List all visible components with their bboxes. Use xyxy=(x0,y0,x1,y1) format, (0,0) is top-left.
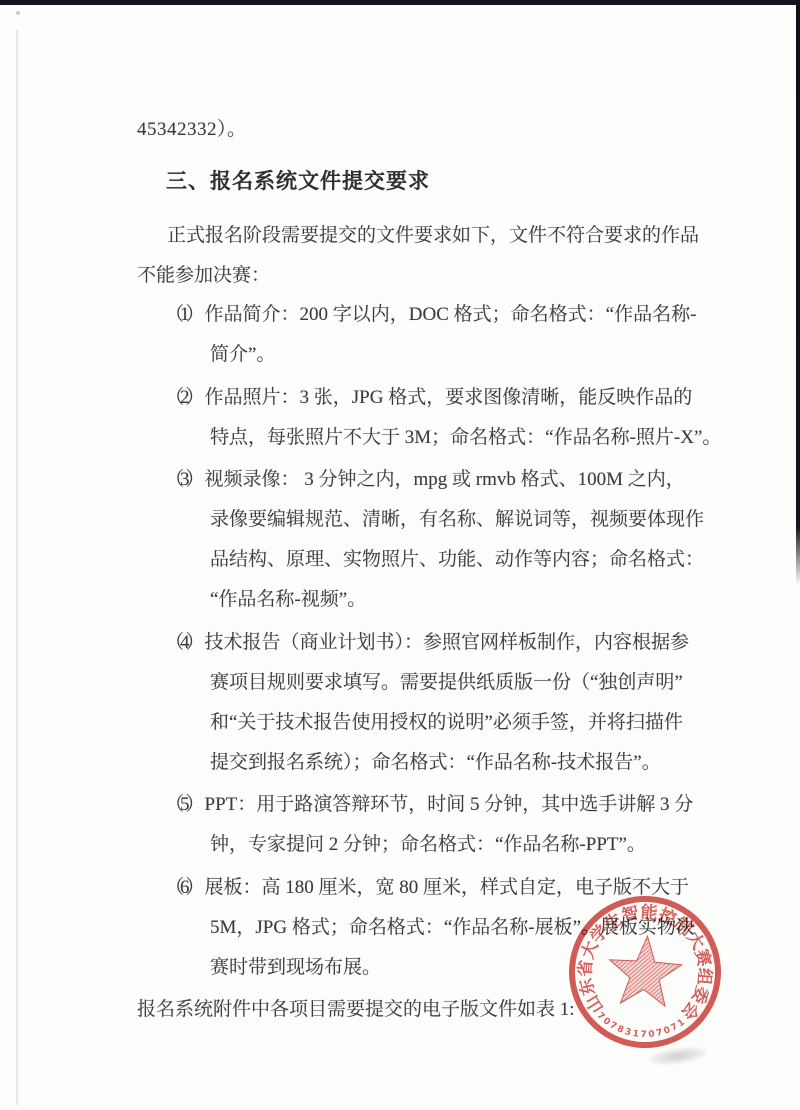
item-line: 品结构、原理、实物照片、功能、动作等内容；命名格式： xyxy=(210,540,721,580)
intro-paragraph: 正式报名阶段需要提交的文件要求如下，文件不符合要求的作品 不能参加决赛： xyxy=(137,216,699,296)
item-line: 赛项目规则要求填写。需要提供纸质版一份（“独创声明” xyxy=(210,663,721,703)
item-line: 提交到报名系统）；命名格式：“作品名称-技术报告”。 xyxy=(210,743,721,783)
item-line: 和“关于技术报告使用授权的说明”必须手签，并将扫描件 xyxy=(210,703,721,743)
item-line: （2）作品照片：3 张，JPG 格式，要求图像清晰，能反映作品的 xyxy=(165,378,721,418)
closing-line: 报名系统附件中各项目需要提交的电子版文件如表 1: xyxy=(137,994,575,1021)
requirement-item-5: （5）PPT：用于路演答辩环节，时间 5 分钟，其中选手讲解 3 分 钟，专家提… xyxy=(165,785,721,865)
item-line: 钟，专家提问 2 分钟；命名格式：“作品名称-PPT”。 xyxy=(210,825,721,865)
official-seal: 山东省大学生智能控制大赛组委会 37078317070715 xyxy=(560,887,731,1058)
seal-star-icon xyxy=(607,934,684,1008)
scan-speck xyxy=(16,11,20,15)
seal-graphic: 山东省大学生智能控制大赛组委会 37078317070715 xyxy=(560,887,731,1058)
section-heading: 三、报名系统文件提交要求 xyxy=(166,165,430,195)
item-line: （5）PPT：用于路演答辩环节，时间 5 分钟，其中选手讲解 3 分 xyxy=(165,785,721,825)
item-number: （5） xyxy=(165,785,201,825)
requirement-item-3: （3）视频录像： 3 分钟之内，mpg 或 rmvb 格式、100M 之内， 录… xyxy=(165,460,721,620)
scan-edge-right xyxy=(796,0,800,585)
scan-fold-line-left xyxy=(16,30,18,1105)
item-text: 作品照片：3 张，JPG 格式，要求图像清晰，能反映作品的 xyxy=(205,387,693,408)
requirements-list: （1）作品简介：200 字以内，DOC 格式；命名格式：“作品名称- 简介”。 … xyxy=(165,295,721,990)
item-number: （1） xyxy=(165,295,201,335)
requirement-item-1: （1）作品简介：200 字以内，DOC 格式；命名格式：“作品名称- 简介”。 xyxy=(165,295,721,375)
item-line: 简介”。 xyxy=(210,335,721,375)
item-text: PPT：用于路演答辩环节，时间 5 分钟，其中选手讲解 3 分 xyxy=(205,794,694,815)
item-number: （3） xyxy=(165,460,201,500)
requirement-item-4: （4）技术报告（商业计划书）：参照官网样板制作，内容根据参 赛项目规则要求填写。… xyxy=(165,623,721,783)
item-text: 视频录像： 3 分钟之内，mpg 或 rmvb 格式、100M 之内， xyxy=(205,469,685,490)
scanned-document-page: { "document": { "leftover_line": "453423… xyxy=(0,0,800,1110)
item-number: （4） xyxy=(165,623,201,663)
item-text: 技术报告（商业计划书）：参照官网样板制作，内容根据参 xyxy=(205,632,690,653)
intro-line-2: 不能参加决赛： xyxy=(137,256,699,296)
item-number: （6） xyxy=(165,868,201,908)
item-line: 特点，每张照片不大于 3M；命名格式：“作品名称-照片-X”。 xyxy=(210,418,721,458)
item-line: （4）技术报告（商业计划书）：参照官网样板制作，内容根据参 xyxy=(165,623,721,663)
scan-edge-top xyxy=(0,0,800,5)
item-line: （3）视频录像： 3 分钟之内，mpg 或 rmvb 格式、100M 之内， xyxy=(165,460,721,500)
intro-line-1: 正式报名阶段需要提交的文件要求如下，文件不符合要求的作品 xyxy=(137,216,699,256)
requirement-item-2: （2）作品照片：3 张，JPG 格式，要求图像清晰，能反映作品的 特点，每张照片… xyxy=(165,378,721,458)
item-line: 录像要编辑规范、清晰，有名称、解说词等，视频要体现作 xyxy=(210,500,721,540)
item-line: （1）作品简介：200 字以内，DOC 格式；命名格式：“作品名称- xyxy=(165,295,721,335)
item-line: “作品名称-视频”。 xyxy=(210,580,721,620)
item-text: 作品简介：200 字以内，DOC 格式；命名格式：“作品名称- xyxy=(205,304,697,325)
leftover-text: 45342332）。 xyxy=(137,114,247,141)
item-number: （2） xyxy=(165,378,201,418)
